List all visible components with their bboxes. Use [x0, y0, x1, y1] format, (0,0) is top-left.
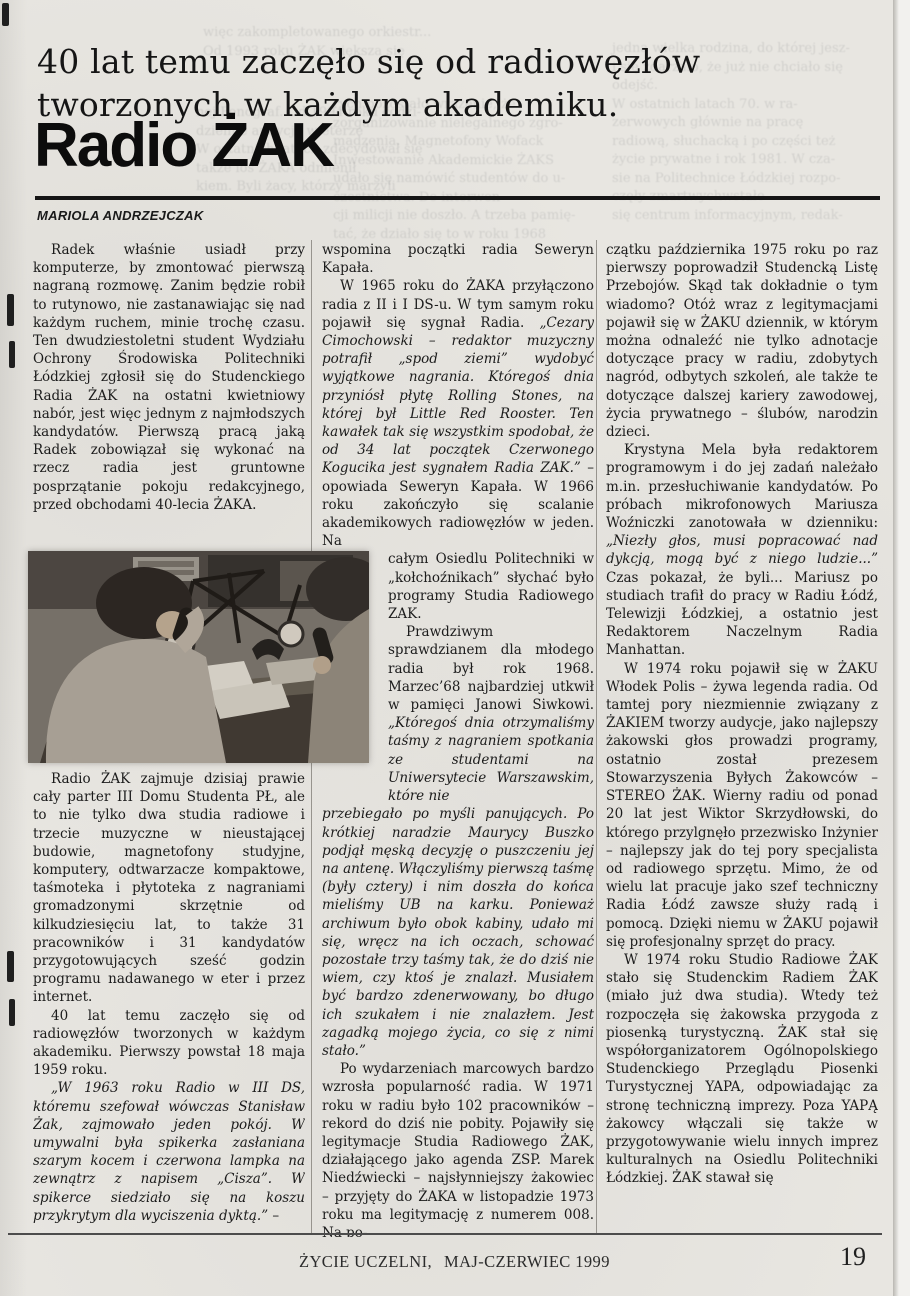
scan-artifact — [7, 294, 14, 326]
text-block: całym Osiedlu Politechniki w „kołchoźnik… — [388, 550, 594, 805]
text-block: przebiegało po myśli panujących. Po krót… — [322, 805, 594, 1237]
author-byline: MARIOLA ANDRZEJCZAK — [37, 208, 204, 223]
article-paragraph: 40 lat temu zaczęło się od radiowęzłów t… — [33, 1007, 305, 1080]
article-paragraph: W 1974 roku pojawił się w ŻAKU Włodek Po… — [606, 660, 878, 951]
article-column-3: czątku października 1975 roku po raz pie… — [606, 241, 878, 1237]
scan-artifact — [9, 999, 15, 1026]
journal-title: ŻYCIE UCZELNI, — [299, 1252, 432, 1271]
text-block: Radek właśnie usiadł przy komputerze, by… — [33, 241, 305, 514]
article-paragraph: W 1965 roku do ŻAKA przyłączono radia z … — [322, 277, 594, 550]
text-block: czątku października 1975 roku po raz pie… — [606, 241, 878, 1188]
footer-rule — [8, 1233, 882, 1235]
article-paragraph: Radio ŻAK zajmuje dzisiaj prawie cały pa… — [33, 770, 305, 1007]
studio-photo — [28, 551, 369, 763]
article-headline: Radio ŻAK — [34, 114, 333, 178]
text-block: wspomina początki radia Seweryn Kapała.W… — [322, 241, 594, 550]
scan-artifact — [9, 341, 15, 368]
article-paragraph: czątku października 1975 roku po raz pie… — [606, 241, 878, 441]
article-paragraph: „W 1963 roku Radio w III DS, któremu sze… — [33, 1079, 305, 1225]
article-paragraph: całym Osiedlu Politechniki w „kołchoźnik… — [388, 550, 594, 623]
article-paragraph: W 1974 roku Studio Radiowe ŻAK stało się… — [606, 951, 878, 1188]
article-paragraph: Po wydarzeniach marcowych bardzo wzrosła… — [322, 1060, 594, 1237]
page-number: 19 — [840, 1242, 866, 1272]
article-paragraph: wspomina początki radia Seweryn Kapała. — [322, 241, 594, 277]
text-block: Radio ŻAK zajmuje dzisiaj prawie cały pa… — [33, 770, 305, 1225]
page-edge — [893, 0, 910, 1296]
header-rule — [35, 196, 880, 200]
article-paragraph: Krystyna Mela była redaktorem programowy… — [606, 441, 878, 659]
issue-date: MAJ-CZERWIEC 1999 — [444, 1252, 610, 1271]
article-paragraph: Radek właśnie usiadł przy komputerze, by… — [33, 241, 305, 514]
scan-artifact — [2, 3, 9, 26]
article-paragraph: przebiegało po myśli panujących. Po krót… — [322, 805, 594, 1060]
scan-artifact — [7, 951, 14, 982]
column-divider — [596, 240, 597, 1233]
studio-photo-illustration — [28, 551, 369, 763]
footer-line: ŻYCIE UCZELNI,MAJ-CZERWIEC 1999 — [299, 1252, 610, 1272]
article-paragraph: Prawdziwym sprawdzianem dla młodego radi… — [388, 623, 594, 805]
magazine-page: więc zakompletowanego orkiestr...Od 1993… — [0, 0, 910, 1296]
